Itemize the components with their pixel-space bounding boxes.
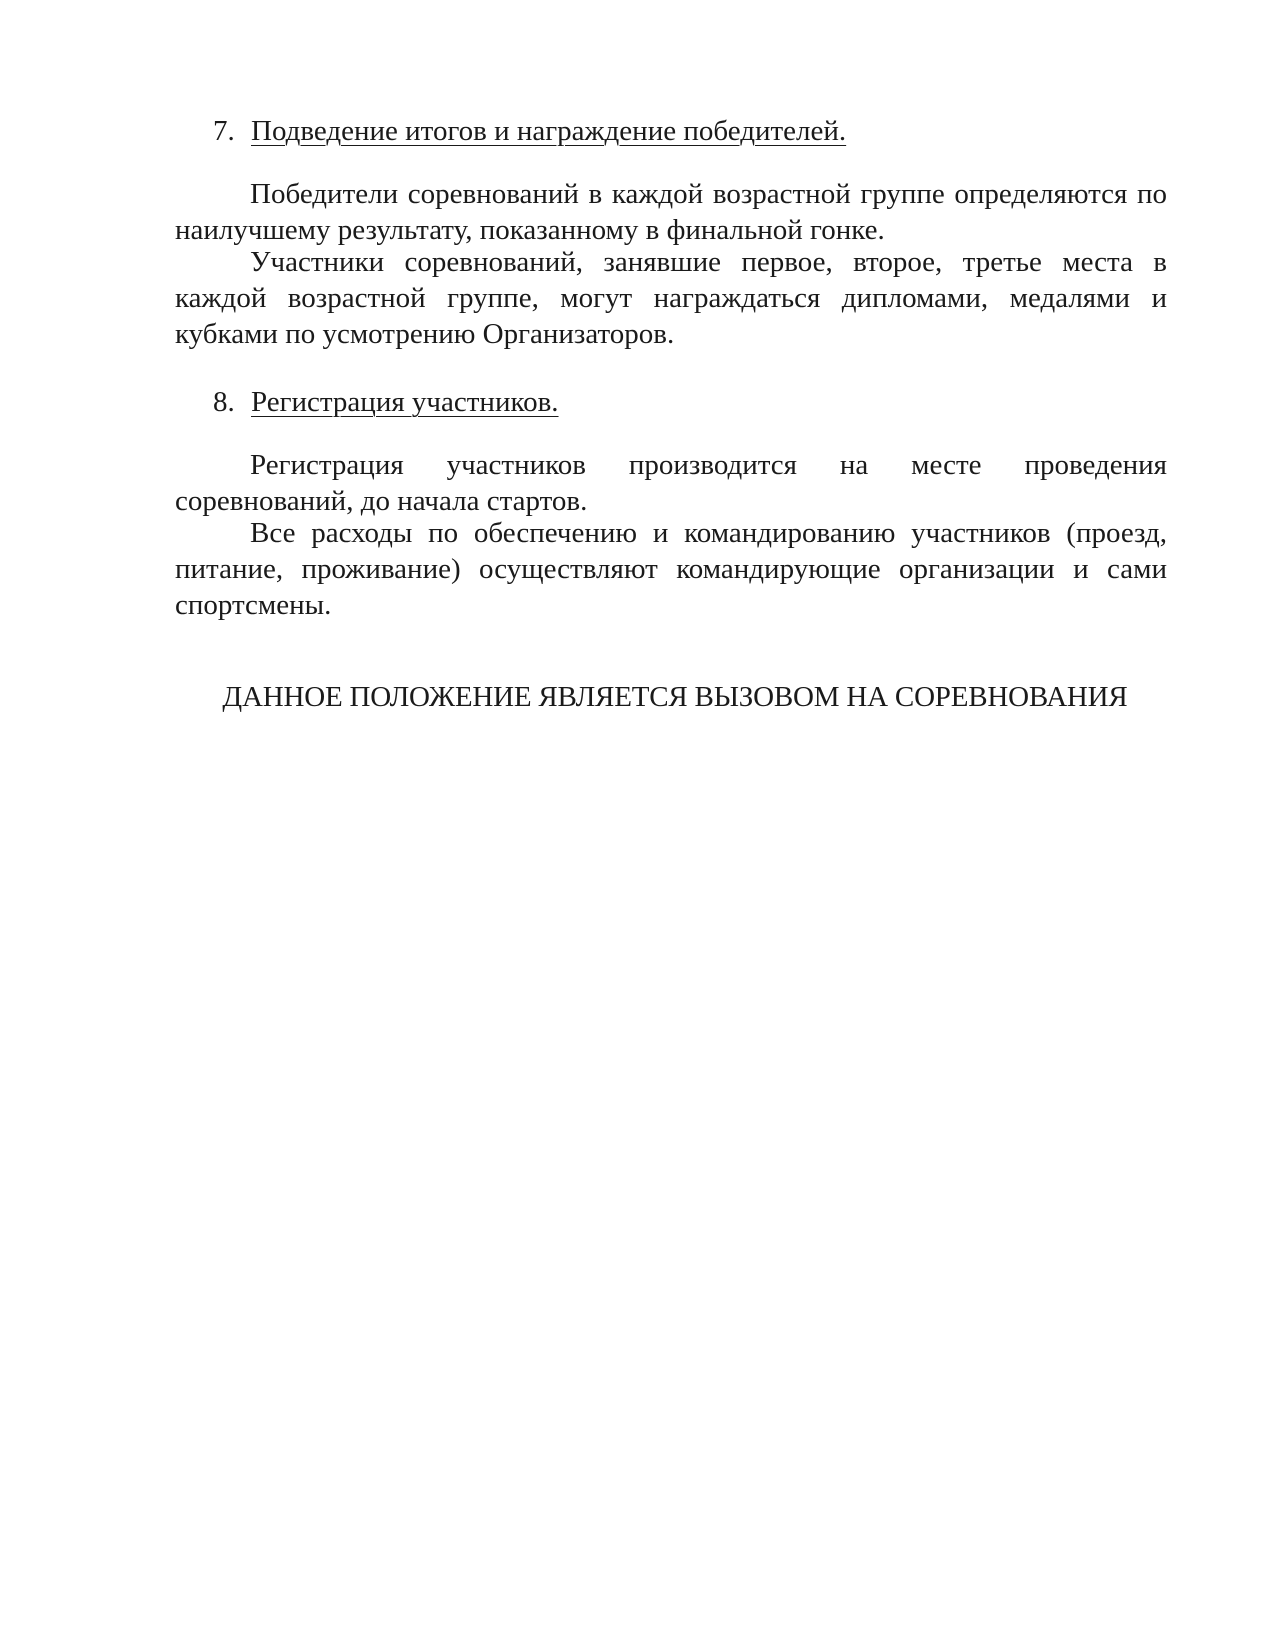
paragraph-awards: Участники соревнований, занявшие первое,…: [175, 244, 1167, 352]
closing-statement: ДАННОЕ ПОЛОЖЕНИЕ ЯВЛЯЕТСЯ ВЫЗОВОМ НА СОР…: [175, 679, 1175, 715]
section-title: Регистрация участников.: [251, 384, 559, 420]
section-7-heading: 7. Подведение итогов и награждение побед…: [213, 113, 846, 149]
section-number: 8.: [213, 384, 251, 420]
paragraph-registration: Регистрация участников производится на м…: [175, 447, 1167, 519]
section-title: Подведение итогов и награждение победите…: [251, 113, 846, 149]
paragraph-expenses: Все расходы по обеспечению и командирова…: [175, 515, 1167, 623]
section-number: 7.: [213, 113, 251, 149]
section-8-heading: 8. Регистрация участников.: [213, 384, 559, 420]
paragraph-winners: Победители соревнований в каждой возраст…: [175, 176, 1167, 248]
